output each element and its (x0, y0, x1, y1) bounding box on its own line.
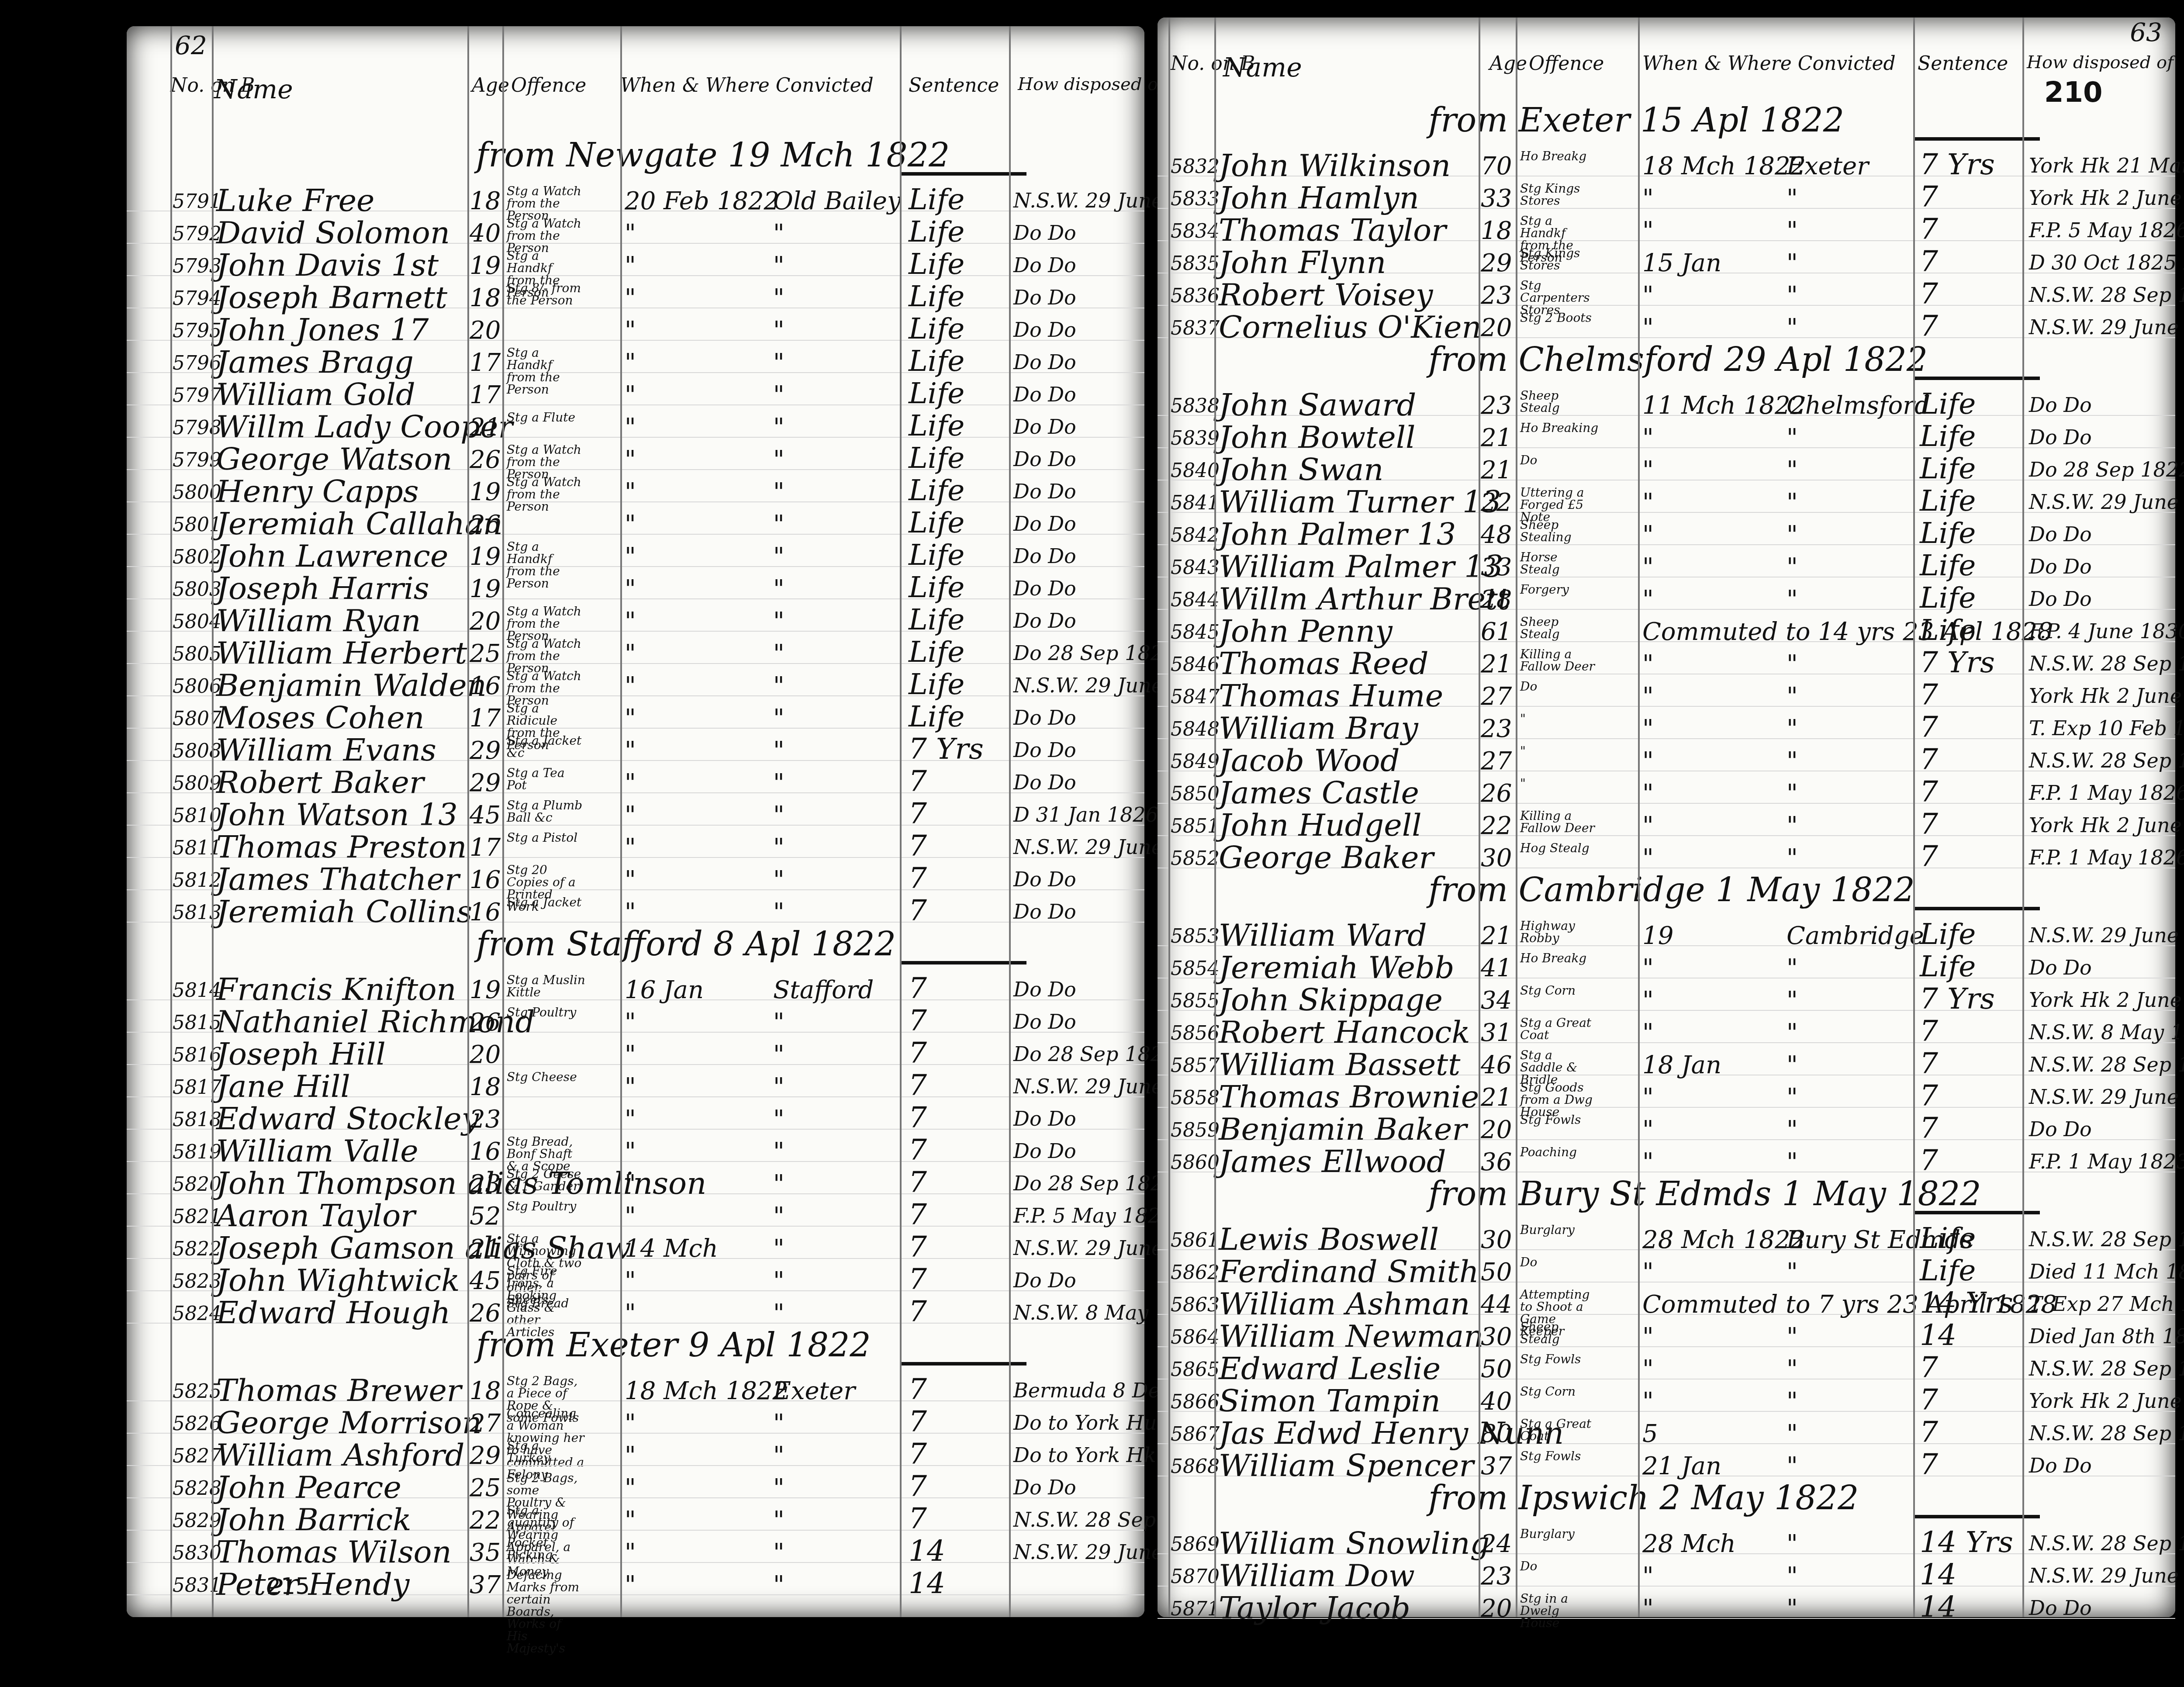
section-divider (1913, 1515, 2040, 1518)
section-heading: from Stafford 8 Apl 1822 (476, 924, 896, 963)
register-entry: 5800Henry Capps19Stg a Watch from the Pe… (127, 472, 1144, 507)
offence: Highway Robby (1520, 920, 1599, 944)
conviction-date: " (625, 640, 636, 668)
conviction-date: " (625, 1137, 636, 1166)
conviction-date: " (625, 1474, 636, 1502)
offence: Stg Fowls (1520, 1114, 1581, 1126)
sentence: 7 (909, 1101, 927, 1134)
sentence: 7 (1920, 1014, 1938, 1048)
entry-number: 5815 (173, 1012, 221, 1034)
entry-number: 5864 (1171, 1326, 1220, 1348)
convict-age: 19 (470, 976, 501, 1004)
entry-number: 5856 (1171, 1022, 1220, 1044)
conviction-date: " (625, 510, 636, 539)
disposal: N.S.W. 28 Sep 1822 (2029, 1421, 2184, 1445)
offence: Defacing Marks from certain Boards, Work… (507, 1569, 585, 1655)
convict-age: 21 (1481, 456, 1512, 484)
disposal: N.S.W. 29 June 1822 (2029, 1085, 2184, 1109)
entry-number: 5819 (173, 1141, 221, 1163)
entry-number: 5837 (1171, 317, 1220, 339)
conviction-date: " (625, 575, 636, 603)
column-rule (170, 26, 172, 1617)
sentence: Life (909, 538, 964, 572)
conviction-place: " (773, 510, 784, 539)
offence: Ho Breaking (1520, 422, 1598, 434)
convict-age: 20 (1481, 314, 1512, 342)
convict-age: 52 (470, 1202, 501, 1231)
disposal: Do Do (2029, 425, 2092, 449)
conviction-place: " (1787, 521, 1798, 549)
register-entry: 5793John Davis 1st19Stg a Handkf from th… (127, 245, 1144, 280)
sentence: Life (909, 441, 964, 475)
sentence: 7 (1920, 245, 1938, 278)
conviction-date: 5 (1642, 1420, 1658, 1448)
convict-age: 19 (470, 575, 501, 603)
conviction-date: " (1642, 456, 1654, 484)
register-entry: 5807Moses Cohen17Stg a Ridicule from the… (127, 698, 1144, 733)
column-rule (900, 26, 902, 1617)
entry-number: 5825 (173, 1380, 221, 1403)
convict-age: 20 (1481, 1116, 1512, 1144)
conviction-place: " (1787, 650, 1798, 678)
convict-age: 50 (1481, 1355, 1512, 1383)
conviction-date: " (625, 672, 636, 700)
section-heading: from Exeter 9 Apl 1822 (476, 1325, 871, 1364)
sentence: Life (1920, 917, 1976, 951)
convict-age: 26 (470, 446, 501, 474)
section-heading: from Newgate 19 Mch 1822 (476, 135, 950, 174)
convict-age: 37 (1481, 1452, 1512, 1480)
convict-age: 21 (1481, 424, 1512, 452)
entry-number: 5860 (1171, 1151, 1220, 1174)
sentence: 7 (1920, 1079, 1938, 1113)
offence: " (1520, 745, 1526, 757)
convict-age: 25 (470, 640, 501, 668)
conviction-place: " (773, 1073, 784, 1101)
disposal: Do Do (1013, 609, 1076, 633)
conviction-place: " (773, 349, 784, 377)
conviction-date: " (625, 1073, 636, 1101)
conviction-date: 16 Jan (625, 976, 704, 1004)
convict-age: 22 (1481, 488, 1512, 517)
conviction-date: " (625, 1170, 636, 1198)
entry-number: 5847 (1171, 686, 1220, 708)
disposal: N.S.W. 8 May 1823 (2029, 1020, 2184, 1044)
conviction-date: " (1642, 1594, 1654, 1623)
register-entry: 5829John Barrick22Stg a quantity of Wear… (127, 1500, 1144, 1535)
disposal: Do Do (1013, 1010, 1076, 1034)
disposal: Do Do (2029, 587, 2092, 611)
disposal: Do Do (1013, 978, 1076, 1001)
conviction-date: " (1642, 553, 1654, 581)
entry-number: 5851 (1171, 815, 1220, 837)
sentence: Life (909, 344, 964, 378)
entry-number: 5820 (173, 1173, 221, 1196)
register-entry: 5818Edward Stockley23""7Do Do (127, 1099, 1144, 1134)
sentence: 7 Yrs (909, 732, 984, 766)
convict-name: Edward Hough (216, 1295, 450, 1331)
conviction-place: " (773, 381, 784, 409)
disposal: N.S.W. 28 Sep 1822 (2029, 1227, 2184, 1251)
convict-age: 16 (470, 866, 501, 894)
conviction-place: " (1787, 553, 1798, 581)
conviction-date: " (625, 1267, 636, 1295)
register-entry: 5805William Herbert25Stg a Watch from th… (127, 633, 1144, 668)
sentence: Life (909, 570, 964, 604)
entry-number: 5813 (173, 902, 221, 924)
offence: Do (1520, 1256, 1537, 1269)
conviction-place: " (773, 1137, 784, 1166)
conviction-date: " (1642, 314, 1654, 342)
conviction-date: " (625, 898, 636, 926)
conviction-date: " (625, 866, 636, 894)
sentence: 7 (1920, 309, 1938, 343)
disposal: York Hk 2 June 1823 (2029, 988, 2184, 1012)
sentence: 7 (1920, 1111, 1938, 1145)
conviction-date: " (1642, 1323, 1654, 1351)
convict-age: 45 (470, 801, 501, 830)
conviction-date: Commuted to 14 yrs 23 Apl 1828 (1642, 618, 2053, 646)
conviction-place: Old Bailey (773, 187, 901, 215)
register-entry: 5809Robert Baker29Stg a Tea Pot""7Do Do (127, 763, 1144, 798)
offence: Sheep Stealg (1520, 1321, 1599, 1345)
offence: Ho Breakg (1520, 952, 1586, 964)
convict-age: 22 (470, 1506, 501, 1535)
disposal: York Hk 2 June 1823 (2029, 186, 2184, 210)
conviction-place: " (773, 704, 784, 733)
entry-number: 5816 (173, 1044, 221, 1066)
entry-number: 5812 (173, 869, 221, 892)
sentence: Life (1920, 581, 1976, 615)
sentence: 7 (909, 1295, 927, 1328)
convict-age: 30 (1481, 844, 1512, 872)
conviction-date: " (1642, 488, 1654, 517)
sentence: 7 (1920, 710, 1938, 744)
convict-age: 23 (1481, 281, 1512, 310)
offence: Pocket Picking (507, 1537, 585, 1561)
offence: Stg a Flute (507, 411, 575, 424)
offence: Sheep Stealing (1520, 519, 1599, 543)
sentence: 7 (1920, 1047, 1938, 1080)
register-entry: 5813Jeremiah Collins16Stg a Jacket""7Do … (127, 892, 1144, 927)
entry-number: 5839 (1171, 427, 1220, 449)
conviction-date: 19 (1642, 922, 1673, 950)
convict-age: 29 (470, 769, 501, 797)
convict-age: 19 (470, 543, 501, 571)
offence: Burglary (1520, 1528, 1575, 1540)
conviction-place: " (773, 543, 784, 571)
disposal: Do Do (2029, 1117, 2092, 1141)
sentence: 14 (1920, 1590, 1956, 1624)
conviction-place: " (773, 1506, 784, 1535)
offence: Stg a Turkey (507, 1440, 585, 1464)
disposal: Do Do (1013, 447, 1076, 471)
conviction-place: " (1787, 1258, 1798, 1286)
section-divider (1913, 137, 2040, 141)
sentence: Life (1920, 549, 1976, 582)
convict-age: 45 (470, 1267, 501, 1295)
conviction-place: " (773, 1105, 784, 1134)
conviction-place: " (773, 1538, 784, 1567)
offence: Stg a Pistol (507, 832, 577, 844)
offence: Stg 2 Boots (1520, 312, 1592, 324)
conviction-date: " (625, 1571, 636, 1599)
convict-name: Taylor Jacob (1219, 1590, 1410, 1626)
convict-age: 21 (1481, 1083, 1512, 1112)
convict-age: 28 (1481, 585, 1512, 614)
sentence: 7 Yrs (1920, 982, 1995, 1016)
sentence: Life (909, 635, 964, 669)
disposal: F.P. 5 May 1826 (2029, 218, 2184, 242)
offence: " (1520, 713, 1526, 725)
sentence: 7 (909, 1230, 927, 1264)
entry-number: 5838 (1171, 395, 1220, 417)
entry-number: 5855 (1171, 990, 1220, 1012)
convict-age: 33 (1481, 184, 1512, 213)
sentence: 7 (909, 1068, 927, 1102)
conviction-place: " (1787, 1452, 1798, 1480)
disposal: N.S.W. 28 Sep 1822 (2029, 1357, 2184, 1380)
conviction-place: Exeter (773, 1377, 855, 1405)
register-entry: 5796James Bragg17Stg a Handkf from the P… (127, 342, 1144, 377)
conviction-place: " (1787, 1083, 1798, 1112)
conviction-date: 11 Mch 1822 (1642, 391, 1806, 420)
entry-number: 5800 (173, 481, 221, 504)
sentence: Life (1920, 387, 1976, 421)
register-entry: 5802John Lawrence19Stg a Handkf from the… (127, 536, 1144, 571)
offence: Killing a Fallow Deer (1520, 810, 1599, 834)
sentence: 14 (909, 1566, 945, 1600)
offence: Stg a Jacket &c (507, 735, 585, 759)
entry-number: 5869 (1171, 1533, 1220, 1556)
offence: Stg Poultry (507, 1200, 576, 1213)
disposal: N.S.W. 29 June 1822 (2029, 1564, 2184, 1587)
entry-number: 5804 (173, 611, 221, 633)
offence: Sheep Stealg (1520, 616, 1599, 640)
offence: Sheep Stealg (1520, 390, 1599, 414)
convict-age: 20 (470, 1041, 501, 1069)
register-entry: 5819William Valle16Stg Bread, Bonf Shaft… (127, 1131, 1144, 1166)
column-rule (1638, 17, 1640, 1617)
disposal: Died Jan 8th 1824 (2029, 1324, 2184, 1348)
entry-number: 5840 (1171, 460, 1220, 482)
conviction-place: " (773, 898, 784, 926)
column-rule (502, 26, 504, 1617)
sentence: Life (909, 183, 964, 216)
offence: Burglary (1520, 1224, 1575, 1236)
header-disposed: How disposed of (2027, 52, 2174, 73)
entry-number: 5810 (173, 805, 221, 827)
entry-number: 5857 (1171, 1054, 1220, 1077)
entry-number: 5833 (1171, 188, 1220, 210)
sentence: Life (1920, 950, 1976, 983)
disposal: Do Do (1013, 706, 1076, 729)
convict-age: 20 (1481, 1594, 1512, 1623)
conviction-place: " (1787, 488, 1798, 517)
entry-number: 5822 (173, 1238, 221, 1260)
conviction-place: " (1787, 585, 1798, 614)
entry-number: 5841 (1171, 492, 1220, 514)
entry-number: 5836 (1171, 285, 1220, 307)
header-name: Name (1223, 52, 1302, 83)
conviction-place: " (1787, 986, 1798, 1015)
conviction-date: 18 Mch 1822 (625, 1377, 788, 1405)
sentence: Life (1920, 516, 1976, 550)
conviction-date: " (625, 801, 636, 830)
sentence: Life (909, 377, 964, 410)
conviction-date: " (625, 1538, 636, 1567)
disposal: F.P. 4 June 1830 (2029, 619, 2184, 643)
register-page-right: 63 210 No. on B Name Age Offence When & … (1158, 17, 2175, 1617)
entry-number: 5805 (173, 643, 221, 665)
register-entry: 5830Thomas Wilson35Pocket Picking""14N.S… (127, 1532, 1144, 1567)
entry-number: 5809 (173, 772, 221, 795)
convict-age: 18 (1481, 217, 1512, 245)
entry-number: 5826 (173, 1413, 221, 1435)
disposal: Do Do (1013, 253, 1076, 277)
sentence: 7 (1920, 1351, 1938, 1384)
convict-age: 18 (470, 1377, 501, 1405)
sentence: 7 Yrs (1920, 646, 1995, 679)
sentence: 7 (1920, 1383, 1938, 1417)
disposal: Do Do (1013, 544, 1076, 568)
disposal: N.S.W. 28 Sep 1822 (2029, 1053, 2184, 1076)
convict-age: 24 (1481, 1530, 1512, 1558)
entry-number: 5823 (173, 1270, 221, 1293)
convict-name: Peter Hendy (216, 1566, 410, 1602)
offence: Killing a Fallow Deer (1520, 648, 1599, 673)
entry-number: 5799 (173, 449, 221, 471)
conviction-date: " (1642, 844, 1654, 872)
entry-number: 5806 (173, 675, 221, 698)
register-entry: 5808William Evans29Stg a Jacket &c""7 Yr… (127, 730, 1144, 765)
convict-name: Jeremiah Collins (216, 894, 472, 930)
register-entry: 5814Francis Knifton19Stg a Muslin Kittle… (127, 970, 1144, 1005)
register-entry: 5798Willm Lady Cooper21Stg a Flute""Life… (127, 407, 1144, 442)
header-disposed: How disposed of (1018, 74, 1165, 94)
disposal: Do Do (1013, 286, 1076, 309)
conviction-place: " (773, 640, 784, 668)
sentence: 7 (1920, 840, 1938, 873)
entry-number: 5863 (1171, 1294, 1220, 1316)
sentence: 14 (1920, 1558, 1956, 1591)
header-sentence: Sentence (909, 74, 999, 97)
section-divider (900, 172, 1026, 176)
sentence: Life (909, 506, 964, 539)
disposal: Do Do (1013, 512, 1076, 536)
header-name: Name (214, 74, 293, 105)
conviction-date: 28 Mch (1642, 1530, 1736, 1558)
convict-age: 21 (470, 1234, 501, 1263)
sentence: Life (909, 700, 964, 733)
folio-stamp: 210 (2044, 76, 2103, 109)
disposal: T. Exp 27 Mch 1829 (2029, 1292, 2184, 1316)
conviction-date: " (1642, 954, 1654, 982)
entry-number: 5814 (173, 979, 221, 1002)
sentence: Life (909, 280, 964, 313)
sentence: 7 (909, 797, 927, 830)
entry-number: 5854 (1171, 958, 1220, 980)
conviction-place: " (1787, 249, 1798, 277)
conviction-place: " (1787, 1148, 1798, 1176)
column-rule (620, 26, 622, 1617)
convict-age: 30 (1481, 1323, 1512, 1351)
header-age: Age (1489, 52, 1527, 75)
conviction-date: " (625, 381, 636, 409)
conviction-place: " (1787, 1530, 1798, 1558)
sentence: Life (1920, 419, 1976, 453)
conviction-place: " (1787, 682, 1798, 711)
sentence: 7 (909, 894, 927, 927)
register-entry: 5812James Thatcher16Stg 20 Copies of a P… (127, 860, 1144, 895)
convict-age: 18 (470, 187, 501, 215)
sentence: 7 (1920, 1144, 1938, 1177)
entry-number: 5866 (1171, 1391, 1220, 1413)
register-page-left: 62 No. on B Name Age Offence When & Wher… (127, 26, 1144, 1617)
conviction-place: " (773, 219, 784, 248)
convict-age: 31 (1481, 1019, 1512, 1047)
entry-number: 5824 (173, 1303, 221, 1325)
register-entry: 5817Jane Hill18Stg Cheese""7N.S.W. 29 Ju… (127, 1067, 1144, 1102)
entry-number: 5871 (1171, 1598, 1220, 1620)
column-rule (1516, 17, 1517, 1617)
convict-age: 48 (1481, 521, 1512, 549)
entry-number: 5830 (173, 1542, 221, 1564)
conviction-place: " (1787, 844, 1798, 872)
sentence: 7 (909, 829, 927, 863)
convict-name: James Ellwood (1219, 1144, 1446, 1179)
register-entry: 5801Jeremiah Callahan26""LifeDo Do (127, 504, 1144, 539)
disposal: Do Do (1013, 221, 1076, 245)
disposal: Do Do (2029, 1454, 2092, 1477)
offence: Stg Cheese (507, 1071, 577, 1083)
entry-number: 5797 (173, 384, 221, 407)
disposal: N.S.W. 29 June 1822 (2029, 923, 2184, 947)
entry-number: 5829 (173, 1510, 221, 1532)
sentence: 7 (909, 1262, 927, 1296)
convict-age: 27 (470, 1409, 501, 1438)
convict-age: 18 (470, 1073, 501, 1101)
disposal: Do 28 Sep 1822 (1013, 641, 1176, 665)
disposal: Do Do (1013, 1107, 1076, 1130)
section-divider (1913, 1211, 2040, 1214)
convict-age: 50 (1481, 1258, 1512, 1286)
conviction-date: " (625, 736, 636, 765)
offence: Do (1520, 1560, 1537, 1573)
conviction-date: " (625, 833, 636, 862)
entry-number: 5796 (173, 352, 221, 374)
disposal: Do Do (1013, 350, 1076, 374)
convict-age: 34 (1481, 986, 1512, 1015)
sentence: 14 Yrs (1920, 1525, 2013, 1559)
convict-age: 21 (470, 413, 501, 442)
offence: Stg in a Dwelg House (1520, 1593, 1599, 1629)
register-entry: 5792David Solomon40Stg a Watch from the … (127, 213, 1144, 248)
sentence: 7 (1920, 678, 1938, 712)
conviction-date: " (625, 284, 636, 312)
conviction-place: " (773, 478, 784, 506)
convict-age: 19 (470, 478, 501, 506)
conviction-date: " (625, 1442, 636, 1470)
sentence: 7 (1920, 775, 1938, 809)
sentence: 7 (909, 1502, 927, 1535)
entry-number: 5865 (1171, 1359, 1220, 1381)
sentence: Life (909, 667, 964, 701)
convict-age: 29 (1481, 249, 1512, 277)
register-entry: 5815Nathaniel Richmond26Stg Poultry""7Do… (127, 1002, 1144, 1037)
convict-age: 23 (470, 1170, 501, 1198)
conviction-place: " (1787, 456, 1798, 484)
